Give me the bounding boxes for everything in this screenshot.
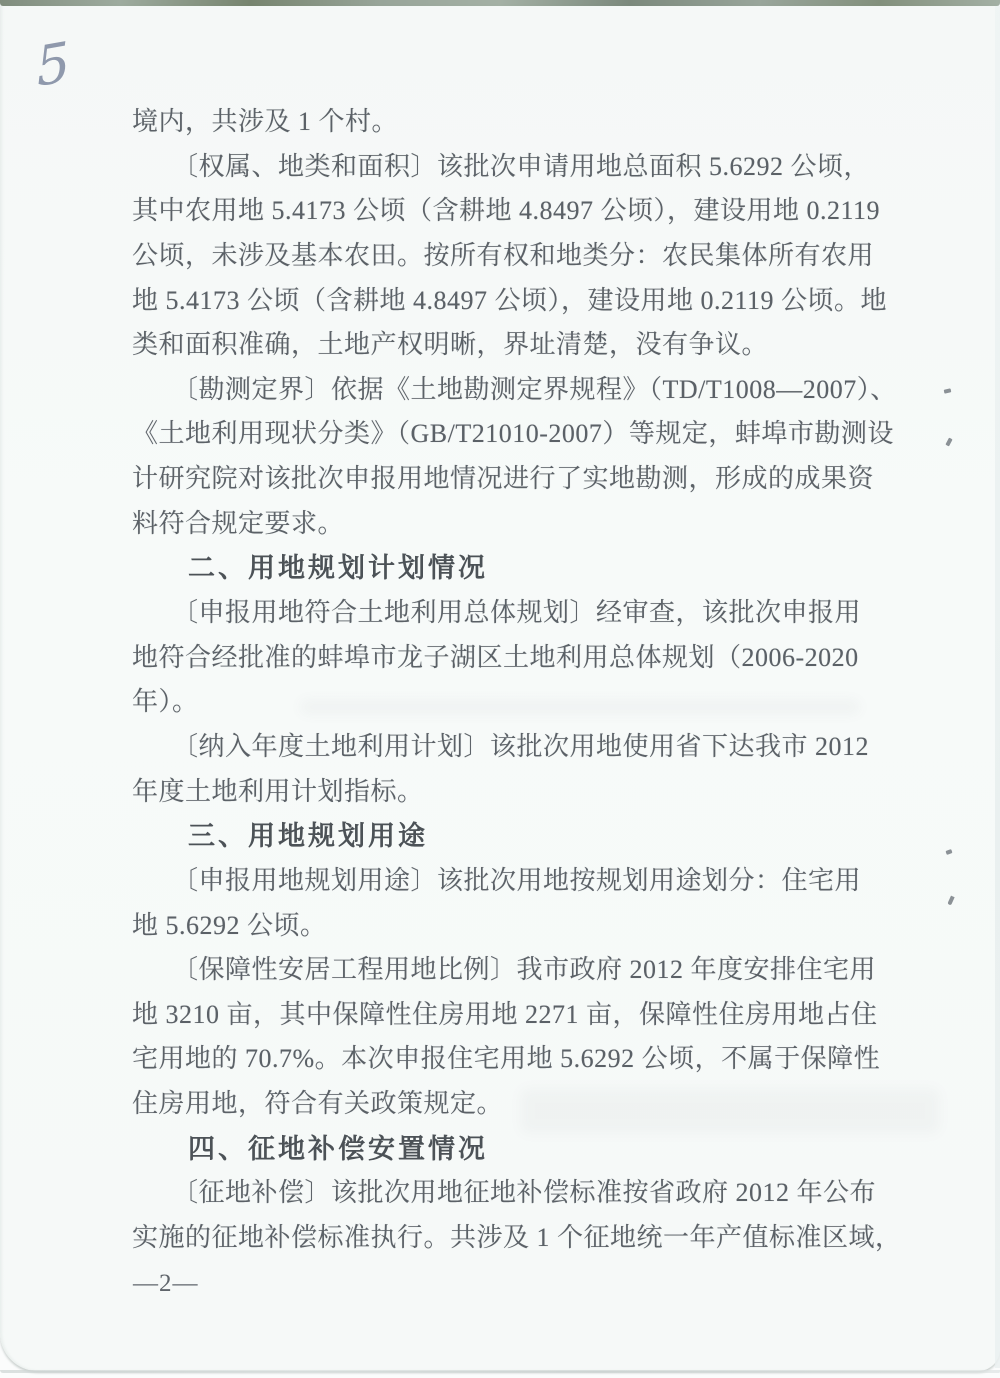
scanner-right-edge: [995, 6, 1000, 1368]
page-number: —2—: [133, 1264, 199, 1304]
text-line: 类和面积准确，土地产权明晰，界址清楚，没有争议。: [132, 323, 888, 368]
text-line: 地 5.4173 公顷（含耕地 4.8497 公顷），建设用地 0.2119 公…: [132, 279, 888, 324]
text-line: 实施的征地补偿标准执行。共涉及 1 个征地统一年产值标准区域，: [132, 1216, 888, 1261]
text-line: 〔保障性安居工程用地比例〕我市政府 2012 年度安排住宅用: [132, 948, 888, 993]
section-heading: 三、用地规划用途: [132, 814, 888, 859]
section-heading: 四、征地补偿安置情况: [132, 1127, 888, 1172]
section-heading: 二、用地规划计划情况: [132, 546, 888, 591]
text-line: 〔权属、地类和面积〕该批次申请用地总面积 5.6292 公顷，: [132, 145, 888, 190]
handwritten-page-mark: 5: [34, 35, 72, 95]
text-line: 年度土地利用计划指标。: [132, 770, 888, 815]
text-line: 料符合规定要求。: [132, 502, 888, 547]
text-line: 住房用地，符合有关政策规定。: [132, 1082, 888, 1127]
text-line: 计研究院对该批次申报用地情况进行了实地勘测，形成的成果资: [132, 457, 888, 502]
paper-bottom-edge: [0, 1370, 1000, 1373]
text-line: 〔申报用地符合土地利用总体规划〕经审查，该批次申报用: [132, 591, 888, 636]
text-line: 〔申报用地规划用途〕该批次用地按规划用途划分：住宅用: [132, 859, 888, 904]
text-line: 〔勘测定界〕依据《土地勘测定界规程》（TD/T1008—2007）、: [132, 368, 888, 413]
scanner-top-edge: [0, 0, 1000, 6]
text-line: 《土地利用现状分类》（GB/T21010-2007）等规定，蚌埠市勘测设: [132, 412, 888, 457]
text-line: 其中农用地 5.4173 公顷（含耕地 4.8497 公顷），建设用地 0.21…: [132, 189, 888, 234]
text-line: 地 5.6292 公顷。: [132, 904, 888, 949]
text-line: 公顷，未涉及基本农田。按所有权和地类分：农民集体所有农用: [132, 234, 888, 279]
text-line: 地 3210 亩，其中保障性住房用地 2271 亩，保障性住房用地占住: [132, 993, 888, 1038]
document-text-block: 境内，共涉及 1 个村。〔权属、地类和面积〕该批次申请用地总面积 5.6292 …: [132, 100, 888, 1261]
text-line: 境内，共涉及 1 个村。: [132, 100, 888, 145]
text-line: 〔纳入年度土地利用计划〕该批次用地使用省下达我市 2012: [132, 725, 888, 770]
scanned-document-page: 5 境内，共涉及 1 个村。〔权属、地类和面积〕该批次申请用地总面积 5.629…: [0, 0, 1000, 1378]
text-line: 〔征地补偿〕该批次用地征地补偿标准按省政府 2012 年公布: [132, 1171, 888, 1216]
text-line: 年）。: [132, 680, 888, 725]
text-line: 地符合经批准的蚌埠市龙子湖区土地利用总体规划（2006-2020: [132, 636, 888, 681]
text-line: 宅用地的 70.7%。本次申报住宅用地 5.6292 公顷，不属于保障性: [132, 1037, 888, 1082]
